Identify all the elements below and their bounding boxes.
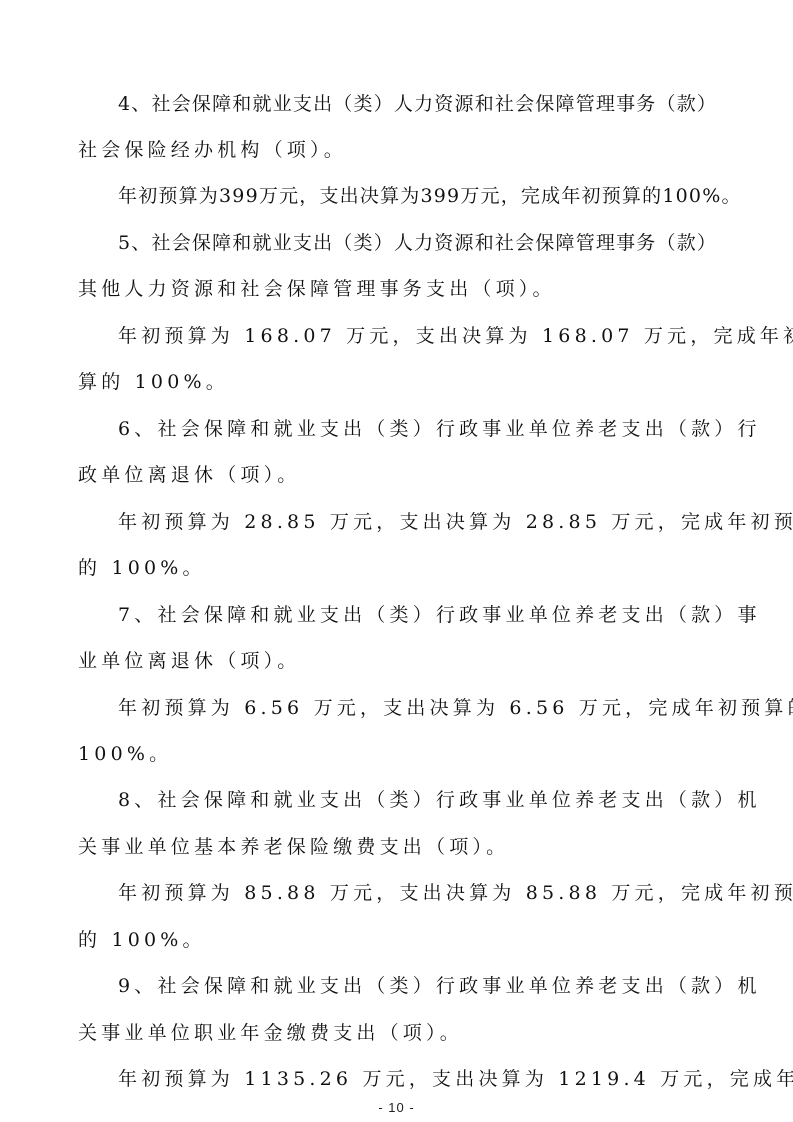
paragraph-first-line: 年初预算为 85.88 万元，支出决算为 85.88 万元，完成年初预算 <box>118 881 718 905</box>
paragraph-continuation-line: 的 100%。 <box>78 556 718 580</box>
paragraph-continuation-line: 的 100%。 <box>78 928 718 952</box>
paragraph-first-line: 年初预算为 28.85 万元，支出决算为 28.85 万元，完成年初预算 <box>118 510 718 534</box>
paragraph-first-line: 年初预算为 6.56 万元，支出决算为 6.56 万元，完成年初预算的 <box>118 696 718 720</box>
paragraph-continuation-line: 其他人力资源和社会保障管理事务支出（项）。 <box>78 277 718 301</box>
paragraph-first-line: 年初预算为 168.07 万元，支出决算为 168.07 万元，完成年初预 <box>118 324 718 348</box>
paragraph-first-line: 4、社会保障和就业支出（类）人力资源和社会保障管理事务（款） <box>118 92 718 116</box>
paragraph-first-line: 9、社会保障和就业支出（类）行政事业单位养老支出（款）机 <box>118 974 718 998</box>
page-number: - 10 - <box>0 1100 793 1115</box>
paragraph-continuation-line: 政单位离退休（项）。 <box>78 463 718 487</box>
paragraph-first-line: 年初预算为 1135.26 万元，支出决算为 1219.4 万元，完成年初 <box>118 1067 718 1091</box>
paragraph-continuation-line: 算的 100%。 <box>78 370 718 394</box>
paragraph-first-line: 5、社会保障和就业支出（类）人力资源和社会保障管理事务（款） <box>118 231 718 255</box>
paragraph-continuation-line: 业单位离退休（项）。 <box>78 649 718 673</box>
paragraph-first-line: 8、社会保障和就业支出（类）行政事业单位养老支出（款）机 <box>118 788 718 812</box>
document-page: 4、社会保障和就业支出（类）人力资源和社会保障管理事务（款）社会保险经办机构（项… <box>0 0 793 1122</box>
paragraph-continuation-line: 社会保险经办机构（项）。 <box>78 138 718 162</box>
paragraph-continuation-line: 关事业单位职业年金缴费支出（项）。 <box>78 1021 718 1045</box>
paragraph-first-line: 年初预算为399万元，支出决算为399万元，完成年初预算的100%。 <box>118 184 718 208</box>
paragraph-continuation-line: 100%。 <box>78 742 718 766</box>
paragraph-first-line: 7、社会保障和就业支出（类）行政事业单位养老支出（款）事 <box>118 603 718 627</box>
paragraph-continuation-line: 关事业单位基本养老保险缴费支出（项）。 <box>78 835 718 859</box>
paragraph-first-line: 6、社会保障和就业支出（类）行政事业单位养老支出（款）行 <box>118 417 718 441</box>
